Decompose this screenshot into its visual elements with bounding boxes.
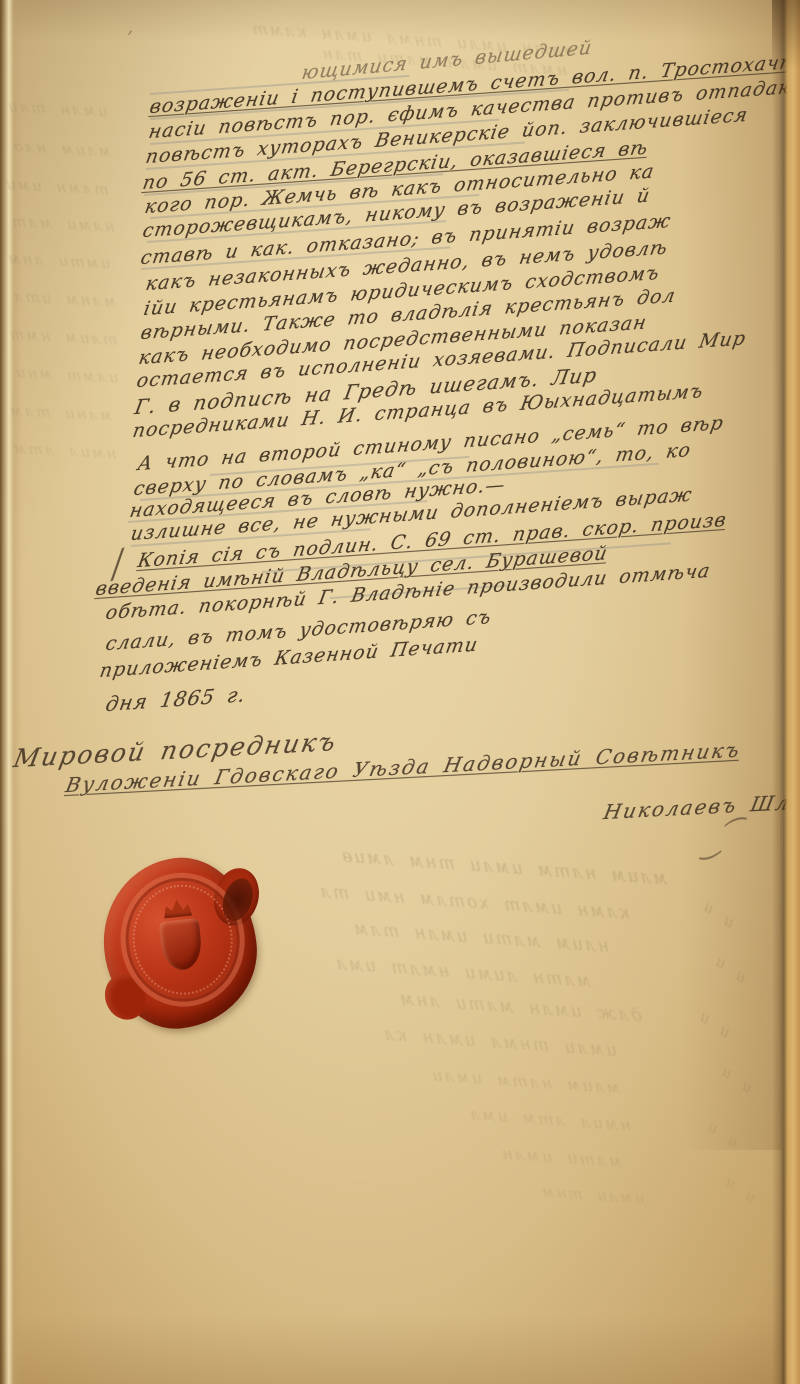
handwriting-line: Николаевъ Шлииковъ <box>602 786 800 825</box>
handwriting-line: ‿⁀ <box>699 817 745 862</box>
handwriting-line: ʼ <box>124 27 133 47</box>
wax-seal <box>96 851 265 1036</box>
handwriting-line: дня 1865 г. <box>104 682 248 716</box>
handwriting-layer: ʼющимися имъ вышедшейвозраженіи і поступ… <box>0 0 800 1384</box>
manuscript-page: млтн имли тнмл имлн клмтнмлт имлн млти т… <box>0 0 800 1384</box>
page-right-edge <box>772 0 800 1384</box>
